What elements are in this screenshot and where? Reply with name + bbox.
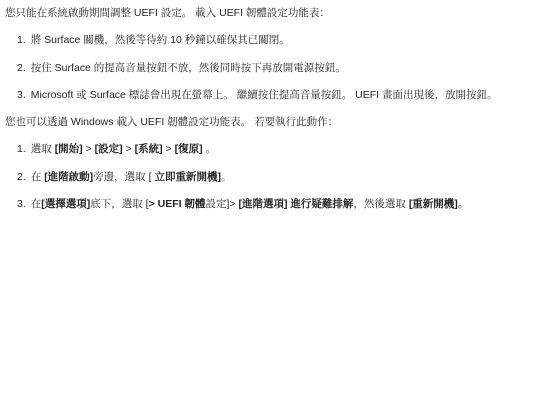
step-text: ，然後選取 xyxy=(353,198,408,210)
list-item-number: 2. xyxy=(17,55,26,82)
bold-ui-path-text: [選擇選項] xyxy=(41,198,90,210)
step-text: 。 xyxy=(458,198,469,210)
step-text: > xyxy=(123,143,135,155)
list-item: 1.選取 [開始] > [設定] > [系統] > [復原] 。 xyxy=(5,136,540,163)
bold-ui-path-text: [開始] xyxy=(55,143,83,155)
bold-ui-path-text: > UEFI 韌體 xyxy=(149,198,206,210)
step-text: 底下，選取 [ xyxy=(90,198,148,210)
intro-paragraph-windows: 您也可以透過 Windows 載入 UEFI 韌體設定功能表。 若要執行此動作： xyxy=(5,109,540,136)
step-text: 設定]> xyxy=(206,198,239,210)
bold-ui-path-text: [重新開機] xyxy=(409,198,458,210)
step-text: 將 Surface 關機，然後等待約 10 秒鐘以確保其已關閉。 xyxy=(31,34,290,46)
list-item: 2.按住 Surface 的提高音量按鈕不放，然後同時按下再放開電源按鈕。 xyxy=(5,55,540,82)
list-item: 1.將 Surface 關機，然後等待約 10 秒鐘以確保其已關閉。 xyxy=(5,27,540,54)
step-text: > xyxy=(163,143,175,155)
step-text: 。 xyxy=(203,143,216,155)
intro-paragraph-uefi-boot: 您只能在系統啟動期間調整 UEFI 設定。 載入 UEFI 韌體設定功能表： xyxy=(5,0,540,27)
bold-ui-path-text: [設定] xyxy=(95,143,123,155)
list-item-number: 2. xyxy=(17,164,26,191)
document-body: 您只能在系統啟動期間調整 UEFI 設定。 載入 UEFI 韌體設定功能表： 1… xyxy=(0,0,540,405)
list-item-number: 3. xyxy=(17,82,26,109)
bold-ui-path-text: [系統] xyxy=(135,143,163,155)
bold-ui-path-text: [進階選項] 進行疑難排解 xyxy=(238,198,353,210)
step-text: 旁邊，選取 [ xyxy=(93,171,154,183)
list-item-number: 1. xyxy=(17,136,26,163)
step-text: > xyxy=(83,143,95,155)
step-text: Microsoft 或 Surface 標誌會出現在螢幕上。 繼續按住提高音量按… xyxy=(31,89,498,101)
boot-steps-list: 1.將 Surface 關機，然後等待約 10 秒鐘以確保其已關閉。2.按住 S… xyxy=(5,27,540,109)
bold-ui-path-text: 立即重新開機] xyxy=(154,171,221,183)
step-text: 選取 xyxy=(31,143,55,155)
bold-ui-path-text: [進階啟動] xyxy=(44,171,93,183)
step-text: 。 xyxy=(221,171,232,183)
list-item: 3.Microsoft 或 Surface 標誌會出現在螢幕上。 繼續按住提高音… xyxy=(5,82,540,109)
list-item: 2.在 [進階啟動]旁邊，選取 [ 立即重新開機]。 xyxy=(5,164,540,191)
bold-ui-path-text: [復原] xyxy=(175,143,203,155)
list-item-number: 1. xyxy=(17,27,26,54)
step-text: 在 xyxy=(31,198,42,210)
step-text: 在 xyxy=(31,171,44,183)
list-item-number: 3. xyxy=(17,191,26,218)
windows-steps-list: 1.選取 [開始] > [設定] > [系統] > [復原] 。2.在 [進階啟… xyxy=(5,136,540,218)
list-item: 3.在[選擇選項]底下，選取 [> UEFI 韌體設定]> [進階選項] 進行疑… xyxy=(5,191,540,218)
step-text: 按住 Surface 的提高音量按鈕不放，然後同時按下再放開電源按鈕。 xyxy=(31,62,346,74)
